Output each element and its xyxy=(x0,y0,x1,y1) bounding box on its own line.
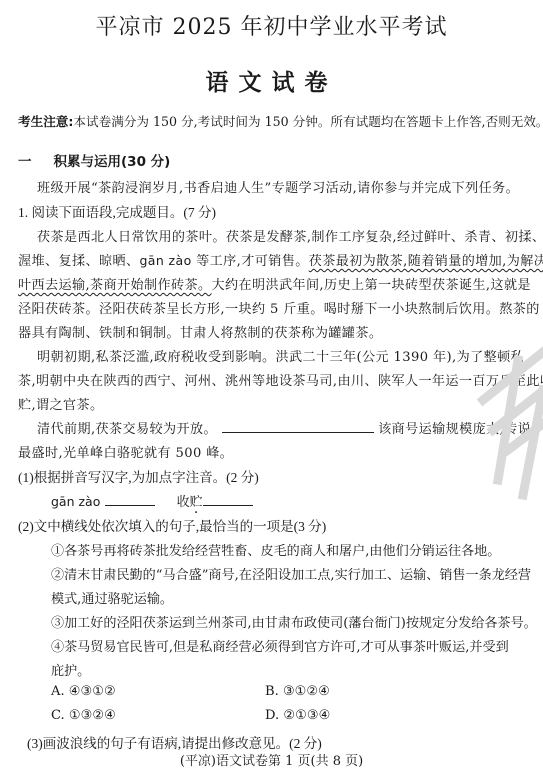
sentence-item-1: ①各茶号再将砖茶批发给经营牲畜、皮毛的商人和屠户,由他们分销运往各地。 xyxy=(51,540,500,559)
subquestion-1-stem: (1)根据拼音写汉字,为加点字注音。(2 分) xyxy=(18,466,259,486)
text-segment: 贮 xyxy=(18,398,32,413)
passage-p3-line2: 最盛时,光单峰白骆驼就有 500 峰。 xyxy=(18,442,233,461)
notice-text: 本试卷满分为 150 分,考试时间为 150 分钟。所有试题均在答题卡上作答,否… xyxy=(73,114,543,129)
dotted-char: 贮 xyxy=(190,495,203,510)
candidate-notice: 考生注意:本试卷满分为 150 分,考试时间为 150 分钟。所有试题均在答题卡… xyxy=(18,111,543,130)
sentence-item-2: ②清末甘肃民勤的“马合盛”商号,在泾阳设加工点,实行加工、运输、销售一条龙经营 xyxy=(51,564,531,583)
text-segment: 清代前期,茯茶交易较为开放。 xyxy=(37,422,217,437)
option-b[interactable]: B. ③①②④ xyxy=(265,684,330,699)
subquestion-1-answers: gān zào 收贮 xyxy=(51,491,253,510)
sentence-item-3: ③加工好的泾阳茯茶运到兰州茶司,由甘肃布政使司(藩台衙门)按规定分发给各茶号。 xyxy=(51,612,537,631)
fill-blank-line xyxy=(222,420,374,433)
word-prompt: 收贮 xyxy=(177,495,203,510)
passage-p2-line1: 明朝初期,私茶泛滥,政府税收受到影响。洪武二十三年(公元 1390 年),为了整… xyxy=(37,346,524,365)
wavy-underlined-sentence: 茯茶最初为散茶,随着销量的增加,为解决茶 xyxy=(309,254,543,269)
page-footer: (平凉)语文试卷第 1 页(共 8 页) xyxy=(0,750,543,769)
text-segment: 大约在明洪武年间,历史上第一块砖型茯茶诞生,这就是 xyxy=(211,278,530,293)
passage-p2-line3: 贮,谓之官茶。 xyxy=(18,394,104,413)
sentence-item-4-cont: 庇护。 xyxy=(51,660,90,679)
exam-subtitle: 语文试卷 xyxy=(0,64,543,97)
word-char: 收 xyxy=(177,495,190,510)
passage-p3-line1: 清代前期,茯茶交易较为开放。 该商号运输规模庞大,传说 xyxy=(37,418,531,437)
question-1-stem: 1. 阅读下面语段,完成题目。(7 分) xyxy=(18,201,216,221)
subquestion-2-stem: (2)文中横线处依次填入的句子,最恰当的一项是(3 分) xyxy=(18,515,326,535)
passage-p1-line4: 泾阳茯砖茶。泾阳茯砖茶呈长方形,一块约 5 斤重。喝时掰下一小块熬制后饮用。熬茶… xyxy=(18,298,540,317)
option-c[interactable]: C. ①③②④ xyxy=(51,708,116,723)
section-heading: 一积累与运用(30 分) xyxy=(18,150,170,170)
passage-p1-line5: 器具有陶制、铁制和铜制。甘肃人将熬制的茯茶称为罐罐茶。 xyxy=(18,322,382,341)
passage-p1-line3: 叶西去运输,茶商开始制作砖茶。大约在明洪武年间,历史上第一块砖型茯茶诞生,这就是 xyxy=(18,274,531,293)
activity-intro: 班级开展“茶韵浸润岁月,书香启迪人生”专题学习活动,请你参与并完成下列任务。 xyxy=(37,177,519,196)
passage-p2-line2: 茶,明朝中央在陕西的西宁、河州、洮州等地设茶马司,由川、陕军人一年运一百万斤至此… xyxy=(18,370,543,389)
option-a[interactable]: A. ④③①② xyxy=(51,684,116,699)
exam-title: 平凉市 2025 年初中学业水平考试 xyxy=(0,10,543,41)
sentence-item-4: ④茶马贸易官民皆可,但是私商经营必须得到官方许可,才可从事茶叶贩运,并受到 xyxy=(51,636,509,655)
answer-blank-2[interactable] xyxy=(203,493,253,506)
wavy-underlined-sentence-cont: 叶西去运输,茶商开始制作砖茶。 xyxy=(18,278,211,293)
pinyin-prompt: gān zào xyxy=(51,494,100,509)
text-segment: 该商号运输规模庞大,传说 xyxy=(378,422,531,437)
exam-page: 平凉市 2025 年初中学业水平考试 语文试卷 考生注意:本试卷满分为 150 … xyxy=(0,0,543,783)
text-segment: 等工序,才可销售。 xyxy=(192,254,309,269)
pinyin-ganzao: gān zào xyxy=(139,253,191,268)
notice-label: 考生注意: xyxy=(18,114,73,129)
option-d[interactable]: D. ②①③④ xyxy=(265,708,330,723)
answer-blank-1[interactable] xyxy=(105,493,155,506)
passage-p1-line1: 茯茶是西北人日常饮用的茶叶。茯茶是发酵茶,制作工序复杂,经过鲜叶、杀青、初揉、 xyxy=(37,226,543,245)
subquestion-3-stem: (3)画波浪线的句子有语病,请提出修改意见。(2 分) xyxy=(27,732,322,752)
text-segment: ,谓之官茶。 xyxy=(32,398,104,413)
sentence-item-2-cont: 模式,通过骆驼运输。 xyxy=(51,588,173,607)
passage-p1-line2: 渥堆、复揉、晾晒、gān zào 等工序,才可销售。茯茶最初为散茶,随着销量的增… xyxy=(18,250,543,269)
text-segment: 渥堆、复揉、晾晒、 xyxy=(18,254,139,269)
section-title: 积累与运用(30 分) xyxy=(54,154,171,170)
section-number: 一 xyxy=(18,154,32,170)
